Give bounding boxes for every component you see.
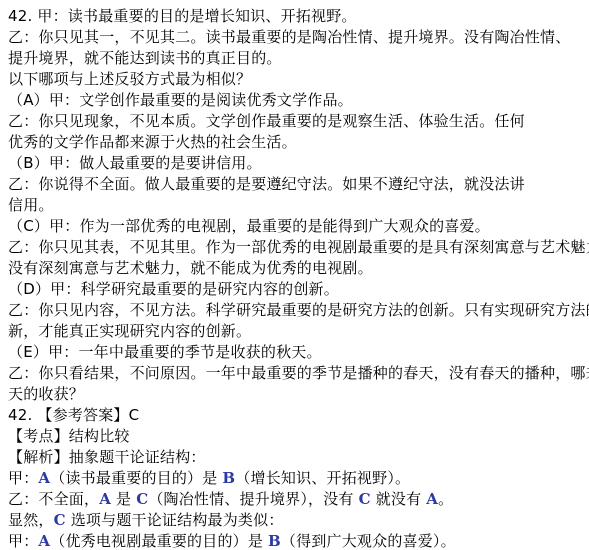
document-page: 42. 甲：读书最重要的目的是增长知识、开拓视野。乙：你只见其一，不见其二。读书… [0, 0, 589, 550]
text-line: 优秀的文学作品都来源于火热的社会生活。 [8, 132, 583, 153]
text-segment: 显然， [8, 511, 54, 529]
text-line: 提升境界，就不能达到读书的真正目的。 [8, 48, 583, 69]
text-segment: （A）甲：文学创作最重要的是阅读优秀文学作品。 [8, 91, 353, 109]
text-segment: 以下哪项与上述反驳方式最为相似？ [8, 70, 251, 88]
text-line: 乙：你只见现象，不见本质。文学创作最重要的是观察生活、体验生活。任何 [8, 111, 583, 132]
text-line: 天的收获？ [8, 384, 583, 405]
text-line: （B）甲：做人最重要的是要讲信用。 [8, 153, 583, 174]
text-line: （A）甲：文学创作最重要的是阅读优秀文学作品。 [8, 90, 583, 111]
text-segment: （得到广大观众的喜爱）。 [281, 532, 456, 550]
text-segment: 乙：不全面， [8, 490, 99, 508]
text-line: 乙：你只见内容，不见方法。科学研究最重要的是研究方法的创新。只有实现研究方法的创 [8, 300, 583, 321]
text-segment: 乙：你说得不全面。做人最重要的是要遵纪守法。如果不遵纪守法，就没法讲 [8, 175, 525, 193]
argument-variable-letter: C [136, 490, 148, 508]
text-line: （D）甲：科学研究最重要的是研究内容的创新。 [8, 279, 583, 300]
text-line: 没有深刻寓意与艺术魅力，就不能成为优秀的电视剧。 [8, 258, 583, 279]
argument-variable-letter: A [426, 490, 438, 508]
argument-variable-letter: A [38, 469, 50, 487]
text-line: 【解析】抽象题干论证结构： [8, 447, 583, 468]
argument-variable-letter: C [54, 511, 66, 529]
text-segment: 【解析】抽象题干论证结构： [8, 448, 206, 466]
text-segment: 新，才能真正实现研究内容的创新。 [8, 322, 251, 340]
text-segment: 甲： [8, 469, 38, 487]
text-line: 【考点】结构比较 [8, 426, 583, 447]
text-segment: 信用。 [8, 196, 54, 214]
text-line: 乙：你只看结果，不问原因。一年中最重要的季节是播种的春天，没有春天的播种，哪来秋 [8, 363, 583, 384]
text-segment: （C）甲：作为一部优秀的电视剧，最重要的是能得到广大观众的喜爱。 [8, 217, 490, 235]
text-segment: 42. 【参考答案】C [8, 406, 139, 424]
text-line: （E）甲：一年中最重要的季节是收获的秋天。 [8, 342, 583, 363]
text-line: 信用。 [8, 195, 583, 216]
argument-variable-letter: C [359, 490, 371, 508]
text-segment: （陶冶性情、提升境界），没有 [148, 490, 358, 508]
text-segment: （增长知识、开拓视野）。 [235, 469, 410, 487]
text-segment: 乙：你只见内容，不见方法。科学研究最重要的是研究方法的创新。只有实现研究方法的创 [8, 301, 589, 319]
text-segment: 乙：你只见其一，不见其二。读书最重要的是陶冶性情、提升境界。没有陶冶性情、 [8, 28, 570, 46]
text-segment: 乙：你只看结果，不问原因。一年中最重要的季节是播种的春天，没有春天的播种，哪来秋 [8, 364, 589, 382]
argument-variable-letter: A [38, 532, 50, 550]
text-line: 乙：不全面，A 是 C（陶冶性情、提升境界），没有 C 就没有 A。 [8, 489, 583, 510]
text-segment: （B）甲：做人最重要的是要讲信用。 [8, 154, 262, 172]
text-line: 甲：A（读书最重要的目的）是 B（增长知识、开拓视野）。 [8, 468, 583, 489]
text-line: 新，才能真正实现研究内容的创新。 [8, 321, 583, 342]
text-line: 乙：你只见其一，不见其二。读书最重要的是陶冶性情、提升境界。没有陶冶性情、 [8, 27, 583, 48]
text-segment: （E）甲：一年中最重要的季节是收获的秋天。 [8, 343, 322, 361]
argument-variable-letter: B [268, 532, 281, 550]
text-segment: 就没有 [371, 490, 427, 508]
text-line: 显然，C 选项与题干论证结构最为类似： [8, 510, 583, 531]
text-segment: 是 [111, 490, 136, 508]
text-line: （C）甲：作为一部优秀的电视剧，最重要的是能得到广大观众的喜爱。 [8, 216, 583, 237]
text-segment: （读书最重要的目的）是 [50, 469, 222, 487]
text-segment: 。 [438, 490, 453, 508]
text-segment: 没有深刻寓意与艺术魅力，就不能成为优秀的电视剧。 [8, 259, 373, 277]
text-segment: 选项与题干论证结构最为类似： [66, 511, 284, 529]
text-line: 乙：你说得不全面。做人最重要的是要遵纪守法。如果不遵纪守法，就没法讲 [8, 174, 583, 195]
text-segment: 乙：你只见其表，不见其里。作为一部优秀的电视剧最重要的是具有深刻寓意与艺术魅力。 [8, 238, 589, 256]
argument-variable-letter: A [99, 490, 111, 508]
text-line: 乙：你只见其表，不见其里。作为一部优秀的电视剧最重要的是具有深刻寓意与艺术魅力。 [8, 237, 583, 258]
text-line: 以下哪项与上述反驳方式最为相似？ [8, 69, 583, 90]
argument-variable-letter: B [222, 469, 235, 487]
text-segment: （优秀电视剧最重要的目的）是 [50, 532, 268, 550]
text-segment: 天的收获？ [8, 385, 84, 403]
text-segment: 【考点】结构比较 [8, 427, 130, 445]
text-line: 42. 【参考答案】C [8, 405, 583, 426]
text-segment: （D）甲：科学研究最重要的是研究内容的创新。 [8, 280, 339, 298]
text-segment: 甲： [8, 532, 38, 550]
text-line: 甲：A（优秀电视剧最重要的目的）是 B（得到广大观众的喜爱）。 [8, 531, 583, 550]
text-segment: 优秀的文学作品都来源于火热的社会生活。 [8, 133, 297, 151]
text-segment: 乙：你只见现象，不见本质。文学创作最重要的是观察生活、体验生活。任何 [8, 112, 525, 130]
text-segment: 42. 甲：读书最重要的目的是增长知识、开拓视野。 [8, 7, 357, 25]
text-line: 42. 甲：读书最重要的目的是增长知识、开拓视野。 [8, 6, 583, 27]
text-segment: 提升境界，就不能达到读书的真正目的。 [8, 49, 282, 67]
